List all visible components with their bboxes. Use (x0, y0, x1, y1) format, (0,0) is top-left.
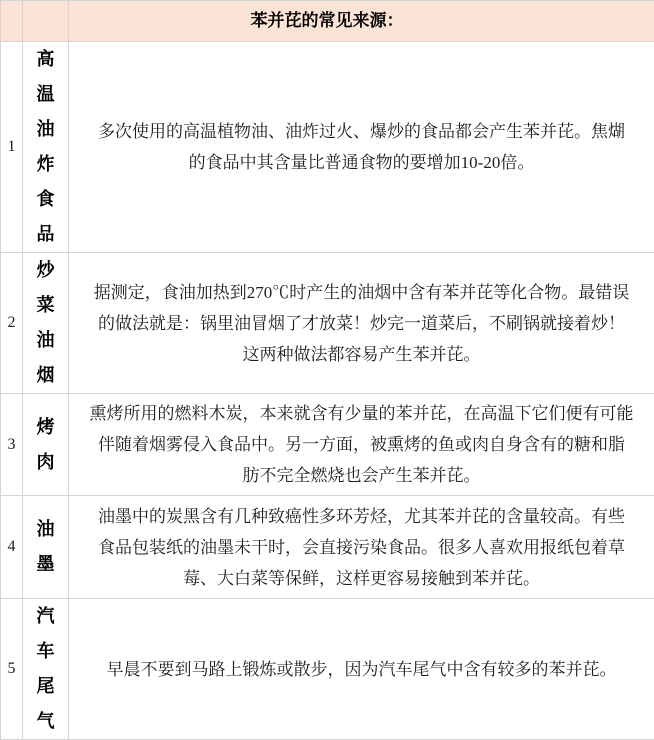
row-category-cell: 烤肉 (23, 394, 69, 496)
header-cell-cat (23, 1, 69, 42)
header-cell-title (69, 1, 654, 42)
row-description: 早晨不要到马路上锻炼或散步，因为汽车尾气中含有较多的苯并芘。 (69, 654, 654, 685)
row-description: 据测定，食油加热到270℃时产生的油烟中含有苯并芘等化合物。最错误 的做法就是：… (69, 277, 654, 370)
table-row: 4 油墨 油墨中的炭黑含有几种致癌性多环芳烃，尤其苯并芘的含量较高。有些 食品包… (1, 496, 654, 599)
benzopyrene-sources-table: 1 高温油炸食品 多次使用的高温植物油、油炸过火、爆炒的食品都会产生苯并芘。焦煳… (0, 0, 654, 740)
row-number: 4 (1, 496, 23, 599)
row-description-cell: 油墨中的炭黑含有几种致癌性多环芳烃，尤其苯并芘的含量较高。有些 食品包装纸的油墨… (69, 496, 654, 599)
row-description-cell: 多次使用的高温植物油、油炸过火、爆炒的食品都会产生苯并芘。焦煳 的食品中其含量比… (69, 42, 654, 253)
row-number: 3 (1, 394, 23, 496)
row-category: 烤肉 (35, 410, 57, 480)
row-description-cell: 熏烤所用的燃料木炭，本来就含有少量的苯并芘，在高温下它们便有可能 伴随着烟雾侵入… (69, 394, 654, 496)
row-description: 熏烤所用的燃料木炭，本来就含有少量的苯并芘，在高温下它们便有可能 伴随着烟雾侵入… (69, 398, 654, 491)
row-description: 多次使用的高温植物油、油炸过火、爆炒的食品都会产生苯并芘。焦煳 的食品中其含量比… (69, 116, 654, 178)
row-category-cell: 汽车尾气 (23, 599, 69, 740)
row-number: 2 (1, 253, 23, 394)
row-description-cell: 据测定，食油加热到270℃时产生的油烟中含有苯并芘等化合物。最错误 的做法就是：… (69, 253, 654, 394)
row-category: 汽车尾气 (35, 599, 57, 739)
row-category-cell: 炒菜油烟 (23, 253, 69, 394)
row-category-cell: 高温油炸食品 (23, 42, 69, 253)
row-category: 炒菜油烟 (35, 253, 57, 393)
row-description-cell: 早晨不要到马路上锻炼或散步，因为汽车尾气中含有较多的苯并芘。 (69, 599, 654, 740)
table-header-row (1, 1, 654, 42)
row-category: 油墨 (35, 512, 57, 582)
table-row: 3 烤肉 熏烤所用的燃料木炭，本来就含有少量的苯并芘，在高温下它们便有可能 伴随… (1, 394, 654, 496)
table-row: 1 高温油炸食品 多次使用的高温植物油、油炸过火、爆炒的食品都会产生苯并芘。焦煳… (1, 42, 654, 253)
header-cell-num (1, 1, 23, 42)
row-category: 高温油炸食品 (35, 42, 57, 252)
row-number: 1 (1, 42, 23, 253)
table-row: 2 炒菜油烟 据测定，食油加热到270℃时产生的油烟中含有苯并芘等化合物。最错误… (1, 253, 654, 394)
row-description: 油墨中的炭黑含有几种致癌性多环芳烃，尤其苯并芘的含量较高。有些 食品包装纸的油墨… (69, 501, 654, 594)
benzopyrene-sources-table-wrap: 苯并芘的常见来源： 1 高温油炸食品 多次使用的高温植物油、油炸过火、爆炒的食品… (0, 0, 654, 740)
table-row: 5 汽车尾气 早晨不要到马路上锻炼或散步，因为汽车尾气中含有较多的苯并芘。 (1, 599, 654, 740)
row-category-cell: 油墨 (23, 496, 69, 599)
row-number: 5 (1, 599, 23, 740)
